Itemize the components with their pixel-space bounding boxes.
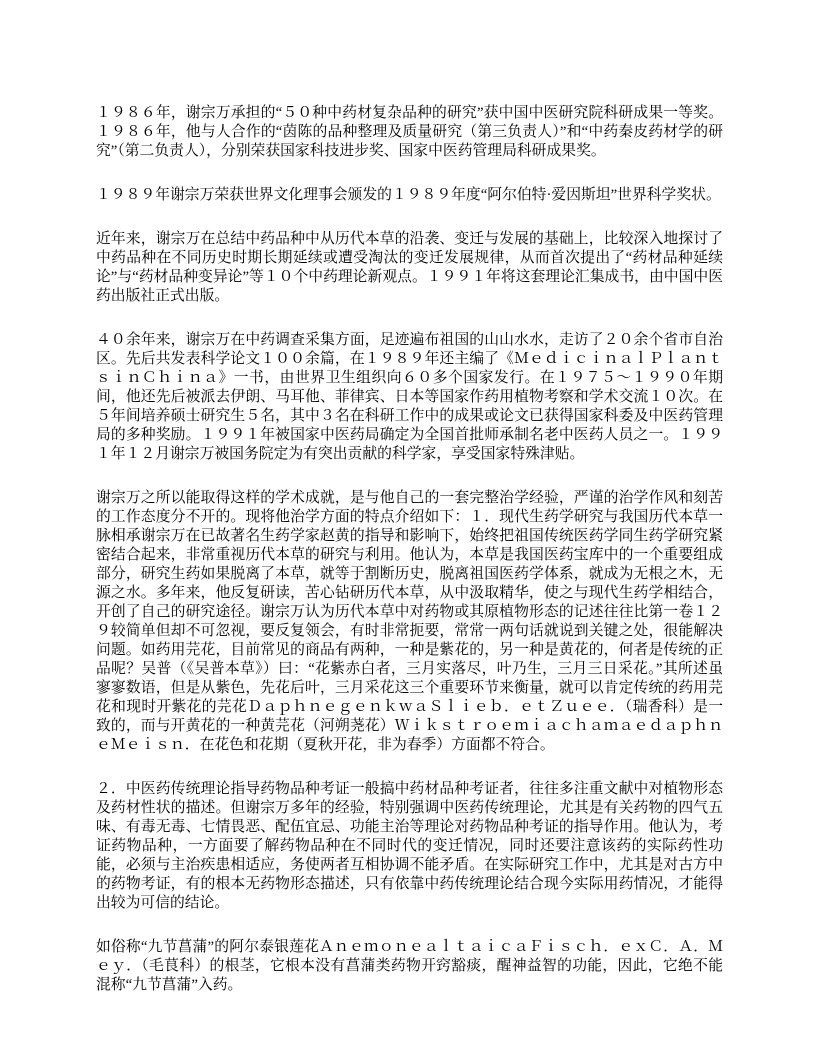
paragraph: 近年来，谢宗万在总结中药品种中从历代本草的沿袭、变迁与发展的基础上，比较深入地探…: [96, 230, 723, 306]
paragraph: １９８９年谢宗万荣获世界文化理事会颁发的１９８９年度“阿尔伯特·爱因斯坦”世界科…: [96, 186, 723, 205]
paragraph: 如俗称“九节菖蒲”的阿尔泰银莲花ＡｎｅｍｏｎｅａｌｔａｉｃａＦｉｓｃｈ．ｅｘＣ．…: [96, 938, 723, 995]
document-page: １９８６年，谢宗万承担的“５０种中药材复杂品种的研究”获中国中医研究院科研成果一…: [0, 0, 816, 1056]
paragraph: ４０余年来，谢宗万在中药调查采集方面，足迹遍布祖国的山山水水，走访了２０余个省市…: [96, 331, 723, 464]
paragraph: 谢宗万之所以能取得这样的学术成就，是与他自己的一套完整治学经验，严谨的治学作风和…: [96, 489, 723, 755]
paragraph: １９８６年，谢宗万承担的“５０种中药材复杂品种的研究”获中国中医研究院科研成果一…: [96, 104, 723, 161]
paragraph: ２．中医药传统理论指导药物品种考证一般搞中药材品种考证者，往往多注重文献中对植物…: [96, 780, 723, 913]
document-body: １９８６年，谢宗万承担的“５０种中药材复杂品种的研究”获中国中医研究院科研成果一…: [96, 104, 723, 1020]
